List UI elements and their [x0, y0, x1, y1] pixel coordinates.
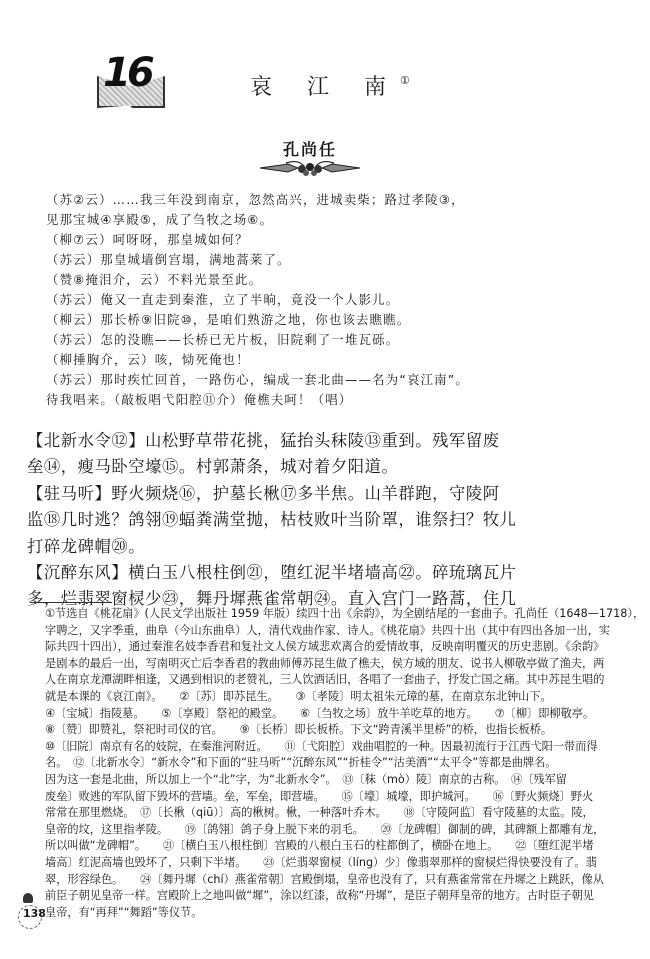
footnote-line: 翠，形容绿色。 ㉔〔舞丹墀（chí）燕雀常朝〕宫殿倒塌，皇帝也没有了，只有燕雀常… [45, 872, 617, 889]
dialogue-section: （苏②云）……我三年没到南京，忽然高兴，进城卖柴；路过孝陵③， 见那宝城④享殿⑤… [46, 190, 606, 410]
dialogue-line: 见那宝城④享殿⑤，成了刍牧之场⑥。 [46, 210, 606, 230]
page-number: 138 [23, 907, 46, 920]
footnote-line: 人在南京龙潭湖畔相逢，又遇到相识的老赞礼，三人饮酒话旧，各唱了一套曲子，抒发亡国… [45, 672, 617, 689]
lyric-line: 【北新水令⑫】山松野草带花挑，猛抬头秣陵⑬重到。残军留废 [27, 428, 617, 454]
lyric-line: 【驻马听】野火频烧⑯，护墓长楸⑰多半焦。山羊群跑，守陵阿 [27, 481, 617, 507]
dialogue-line: （苏云）那时疾忙回首，一路伤心，编成一套北曲——名为“哀江南”。 [46, 370, 606, 390]
ornament-ribbon-icon [258, 160, 362, 176]
dialogue-line: （柳⑦云）呵呀呀，那皇城如何？ [46, 230, 606, 250]
footnote-line: ④〔宝城〕指陵墓。 ⑤〔享殿〕祭祀的殿堂。 ⑥〔刍牧之场〕放牛羊吃草的地方。 ⑦… [45, 706, 617, 723]
footnote-line: 是剧本的最后一出，写南明灭亡后李香君的教曲师傅苏昆生做了樵夫，侯方域的朋友、说书… [45, 656, 617, 673]
footnote-line: 际共四十四出），通过秦淮名妓李香君和复社文人侯方域悲欢离合的爱情故事，反映南明覆… [45, 639, 617, 656]
footnote-divider [30, 602, 112, 603]
footnote-line: 墙高〕红泥高墙也毁坏了，只剩下半堵。 ㉓〔烂翡翠窗棂（líng）少〕像翡翠那样的… [45, 855, 617, 872]
footnote-line: 常常在那里燃烧。 ⑰〔长楸（qiū）〕高的楸树。楸，一种落叶乔木。 ⑱〔守陵阿监… [45, 805, 617, 822]
dialogue-line: （赞⑧掩泪介，云）不料光景至此。 [46, 270, 606, 290]
footnote-line: 前臣子朝见皇帝一样。宫殿阶上之地叫做“墀”，涂以红漆，故称“丹墀”，是臣子朝拜皇… [45, 888, 617, 905]
dialogue-line: 待我唱来。（敲板唱弋阳腔⑪介）俺樵夫呵！（唱） [46, 390, 606, 410]
footnotes-section: ①节选自《桃花扇》(人民文学出版社 1959 年版）续四十出《余韵》，为全剧结尾… [45, 606, 617, 921]
footnote-line: 字聘之，又字季重，曲阜（今山东曲阜）人，清代戏曲作家、诗人。《桃花扇》共四十出（… [45, 623, 617, 640]
footnote-line: 皇帝，有“再拜”“舞蹈”等仪节。 [45, 905, 617, 922]
footnote-line: ⑩〔旧院〕南京有名的妓院，在秦淮河附近。 ⑪〔弋阳腔〕戏曲唱腔的一种。因最初流行… [45, 739, 617, 756]
footnote-line: 名。 ⑫〔北新水令〕“新水令”和下面的“驻马听”“沉醉东风”“折桂令”“沽美酒”… [45, 755, 617, 772]
author-name: 孔尚任 [283, 137, 337, 160]
lyric-line: 打碎龙碑帽⑳。 [27, 534, 617, 560]
footnote-line: ①节选自《桃花扇》(人民文学出版社 1959 年版）续四十出《余韵》，为全剧结尾… [45, 606, 617, 623]
footnote-line: 因为这一套是北曲，所以加上一个“北”字，为“北新水令”。 ⑬〔秣（mò）陵〕南京… [45, 772, 617, 789]
lesson-number: 16 [103, 50, 151, 96]
dialogue-line: （柳云）那长桥⑨旧院⑩，是咱们熟游之地，你也该去瞧瞧。 [46, 310, 606, 330]
lesson-number-badge: 16 [95, 52, 165, 108]
footnote-line: 所以叫做“龙碑帽”。 ㉑〔横白玉八根柱倒〕宫殿的八根白玉石的柱都倒了，横卧在地上… [45, 838, 617, 855]
dialogue-line: （柳捶胸介，云）咳，恸死俺也！ [46, 350, 606, 370]
dialogue-line: （苏②云）……我三年没到南京，忽然高兴，进城卖柴；路过孝陵③， [46, 190, 606, 210]
page-title: 哀 江 南① [250, 70, 410, 101]
footnote-line: 就是本课的《哀江南》。 ②〔苏〕即苏昆生。 ③〔孝陵〕明太祖朱元璋的墓，在南京东… [45, 689, 617, 706]
dialogue-line: （苏云）那皇城墙倒宫塌，满地蒿莱了。 [46, 250, 606, 270]
lyric-line: 垒⑭，瘦马卧空壕⑮。村郭萧条，城对着夕阳道。 [27, 454, 617, 480]
page-number-badge: 138 [18, 893, 58, 933]
dialogue-line: （苏云）俺又一直走到秦淮，立了半晌，竟没一个人影儿。 [46, 290, 606, 310]
title-footnote-marker: ① [400, 74, 410, 87]
decorative-figure-icon [23, 893, 33, 903]
lyric-line: 【沉醉东风】横白玉八根柱倒㉑，堕红泥半堵墙高㉒。碎琉璃瓦片 [27, 560, 617, 586]
dialogue-line: （苏云）怎的没瞧——长桥已无片板，旧院剩了一堆瓦砾。 [46, 330, 606, 350]
footnote-line: ⑧〔赞〕即赞礼，祭祀时司仪的官。 ⑨〔长桥〕即长板桥。下文“跨青溪半里桥”的桥，… [45, 722, 617, 739]
footnote-line: 废垒〕败逃的军队留下毁坏的营墙。垒，军垒，即营墙。 ⑮〔壕〕城壕，即护城河。 ⑯… [45, 789, 617, 806]
lyric-line: 监⑱几时逃？鸽翎⑲蝠粪满堂抛，枯枝败叶当阶罩，谁祭扫？牧儿 [27, 507, 617, 533]
lyrics-section: 【北新水令⑫】山松野草带花挑，猛抬头秣陵⑬重到。残军留废 垒⑭，瘦马卧空壕⑮。村… [27, 428, 617, 613]
footnote-line: 皇帝的坟，这里指孝陵。 ⑲〔鸽翎〕鸽子身上脱下来的羽毛。 ⑳〔龙碑帽〕御制的碑，… [45, 822, 617, 839]
title-text: 哀 江 南 [250, 75, 400, 100]
